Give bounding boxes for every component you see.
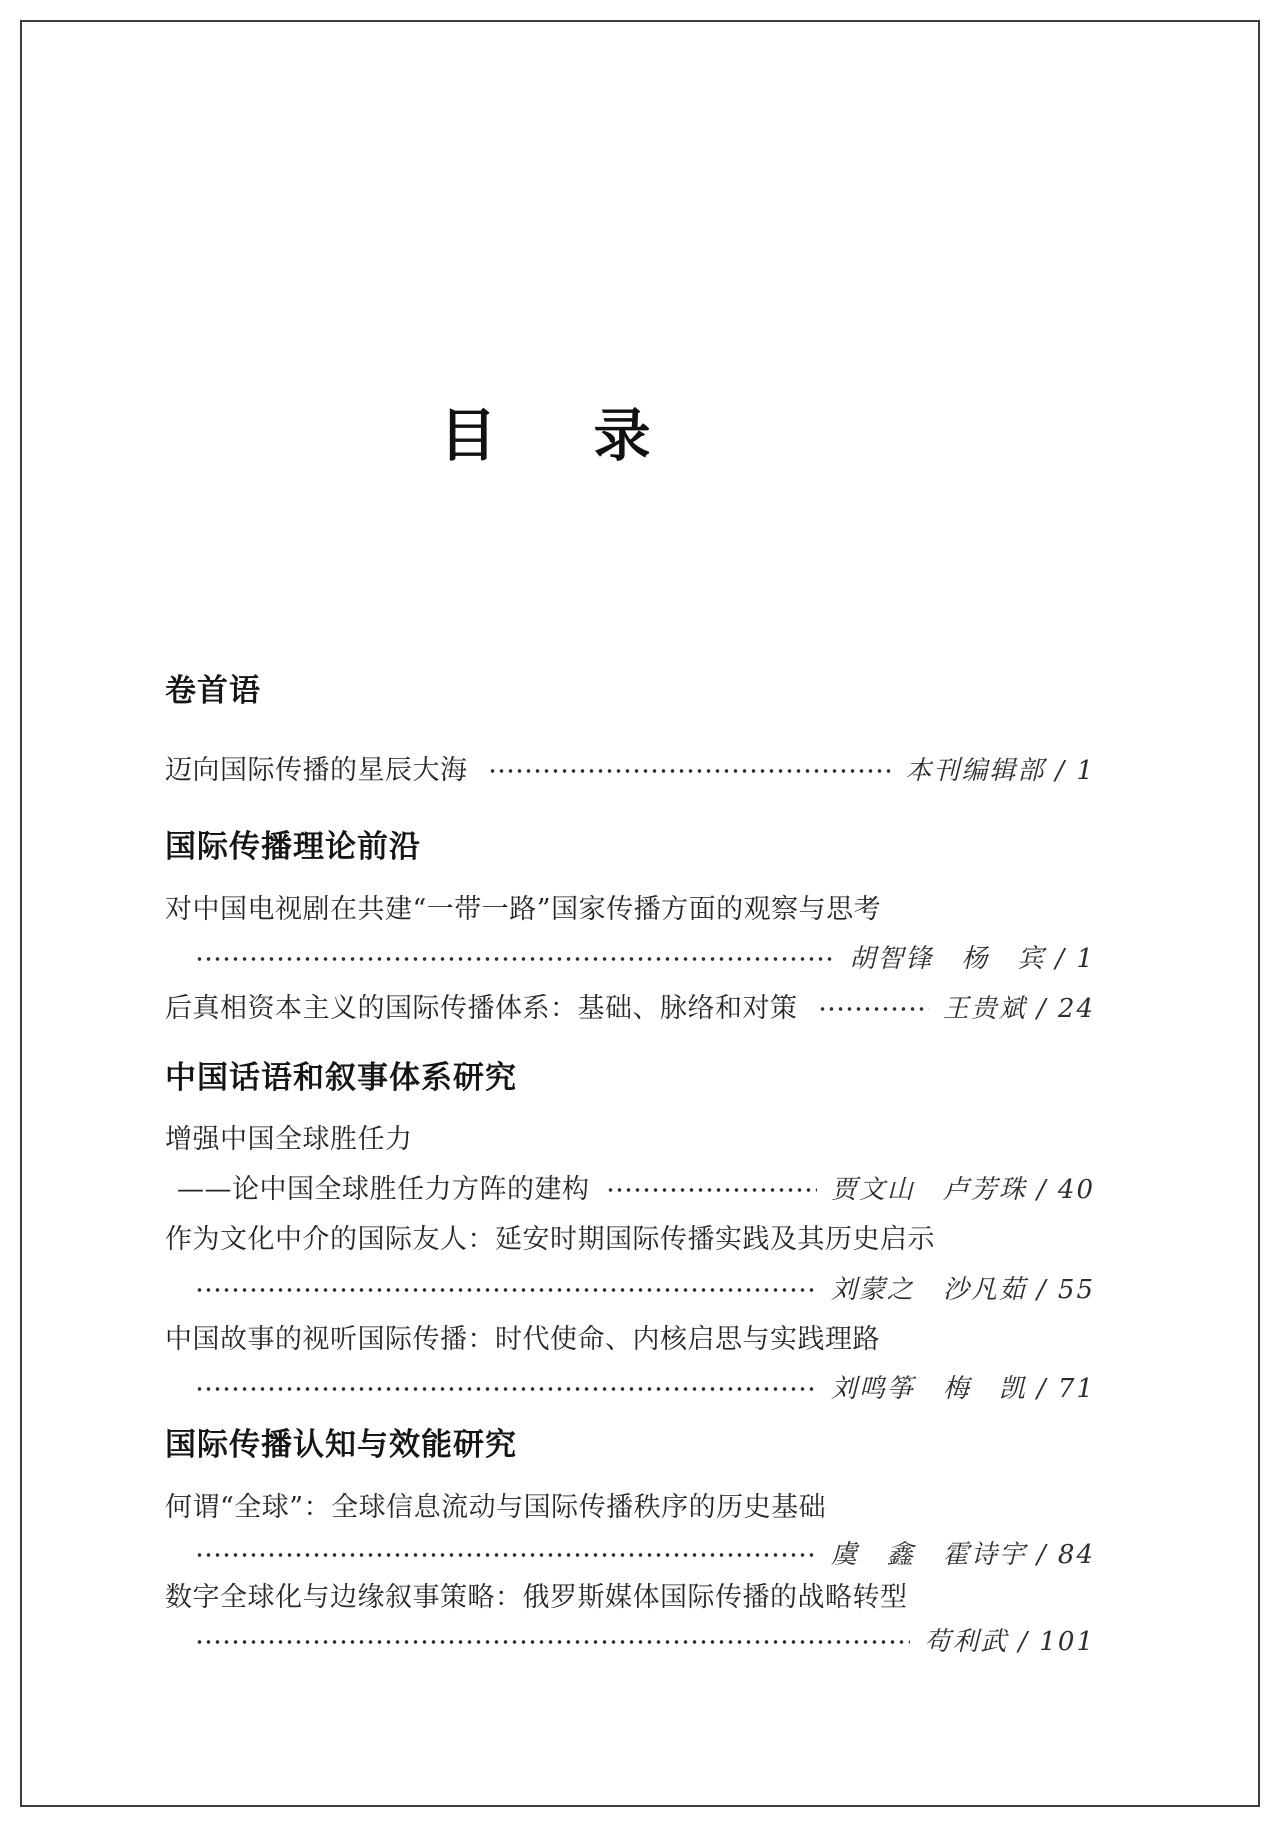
entry-title: 作为文化中介的国际友人：延安时期国际传播实践及其历史启示 — [165, 1225, 935, 1254]
entry-author: 本刊编辑部 — [905, 757, 1045, 785]
dot-leader — [606, 1175, 817, 1204]
dot-leader — [195, 1541, 817, 1569]
dot-leader — [818, 994, 929, 1023]
section-heading-huayu-xushi: 中国话语和叙事体系研究 — [165, 1060, 1095, 1096]
toc-entry-row: 作为文化中介的国际友人：延安时期国际传播实践及其历史启示 — [165, 1225, 1095, 1254]
toc-page: 目 录 卷首语 迈向国际传播的星辰大海 本刊编辑部 / 1 国际传播理论前沿 对… — [0, 0, 1280, 1827]
entry-page-number: / 71 — [1037, 1375, 1095, 1403]
toc-entry-row: 数字全球化与边缘叙事策略：俄罗斯媒体国际传播的战略转型 — [165, 1583, 1095, 1612]
dot-leader — [195, 1628, 910, 1656]
entry-subtitle: ——论中国全球胜任力方阵的建构 — [177, 1175, 590, 1204]
toc-entry-subtitle-row: ——论中国全球胜任力方阵的建构 贾文山 卢芳珠 / 40 — [165, 1175, 1095, 1204]
entry-author: 刘鸣筝 梅 凯 — [831, 1375, 1027, 1403]
toc-content: 目 录 卷首语 迈向国际传播的星辰大海 本刊编辑部 / 1 国际传播理论前沿 对… — [165, 0, 1095, 1656]
entry-author: 王贵斌 — [943, 995, 1027, 1023]
entry-page-number: / 55 — [1037, 1276, 1095, 1304]
dot-leader — [195, 1276, 817, 1304]
entry-title: 增强中国全球胜任力 — [165, 1125, 413, 1154]
toc-entry-row: 迈向国际传播的星辰大海 本刊编辑部 / 1 — [165, 756, 1095, 785]
entry-page-number: / 84 — [1037, 1541, 1095, 1569]
toc-entry-row: 增强中国全球胜任力 — [165, 1125, 1095, 1154]
toc-entry-continuation-row: 苟利武 / 101 — [165, 1628, 1095, 1656]
dot-leader — [488, 756, 892, 785]
entry-author: 刘蒙之 沙凡茹 — [831, 1276, 1027, 1304]
entry-page-number: / 24 — [1037, 995, 1095, 1023]
toc-entry-continuation-row: 刘鸣筝 梅 凯 / 71 — [165, 1375, 1095, 1403]
entry-title: 后真相资本主义的国际传播体系：基础、脉络和对策 — [165, 994, 798, 1023]
dot-leader — [195, 945, 835, 973]
toc-entry-row: 中国故事的视听国际传播：时代使命、内核启思与实践理路 — [165, 1325, 1095, 1354]
entry-page-number: / 1 — [1055, 757, 1095, 785]
toc-entry-row: 对中国电视剧在共建“一带一路”国家传播方面的观察与思考 — [165, 895, 1095, 924]
toc-entry-continuation-row: 虞 鑫 霍诗宇 / 84 — [165, 1541, 1095, 1569]
section-heading-lilun-qianyan: 国际传播理论前沿 — [165, 829, 1095, 865]
toc-entry-continuation-row: 刘蒙之 沙凡茹 / 55 — [165, 1276, 1095, 1304]
entry-author: 胡智锋 杨 宾 — [849, 945, 1045, 973]
page-title: 目 录 — [90, 405, 1020, 468]
entry-author: 贾文山 卢芳珠 — [831, 1176, 1027, 1204]
entry-author: 苟利武 — [924, 1628, 1008, 1656]
entry-page-number: / 1 — [1055, 945, 1095, 973]
entry-title: 迈向国际传播的星辰大海 — [165, 756, 468, 785]
section-heading-renzhi-xiaoneng: 国际传播认知与效能研究 — [165, 1427, 1095, 1463]
entry-title: 中国故事的视听国际传播：时代使命、内核启思与实践理路 — [165, 1325, 880, 1354]
toc-entry-row: 后真相资本主义的国际传播体系：基础、脉络和对策 王贵斌 / 24 — [165, 994, 1095, 1023]
entry-title: 何谓“全球”：全球信息流动与国际传播秩序的历史基础 — [165, 1493, 826, 1522]
entry-page-number: / 40 — [1037, 1176, 1095, 1204]
entry-title: 数字全球化与边缘叙事策略：俄罗斯媒体国际传播的战略转型 — [165, 1583, 908, 1612]
entry-page-number: / 101 — [1018, 1628, 1095, 1656]
dot-leader — [195, 1375, 817, 1403]
toc-entry-continuation-row: 胡智锋 杨 宾 / 1 — [165, 945, 1095, 973]
toc-entry-row: 何谓“全球”：全球信息流动与国际传播秩序的历史基础 — [165, 1493, 1095, 1522]
section-heading-juanshouyu: 卷首语 — [165, 673, 1095, 709]
entry-title: 对中国电视剧在共建“一带一路”国家传播方面的观察与思考 — [165, 895, 881, 924]
entry-author: 虞 鑫 霍诗宇 — [831, 1541, 1027, 1569]
